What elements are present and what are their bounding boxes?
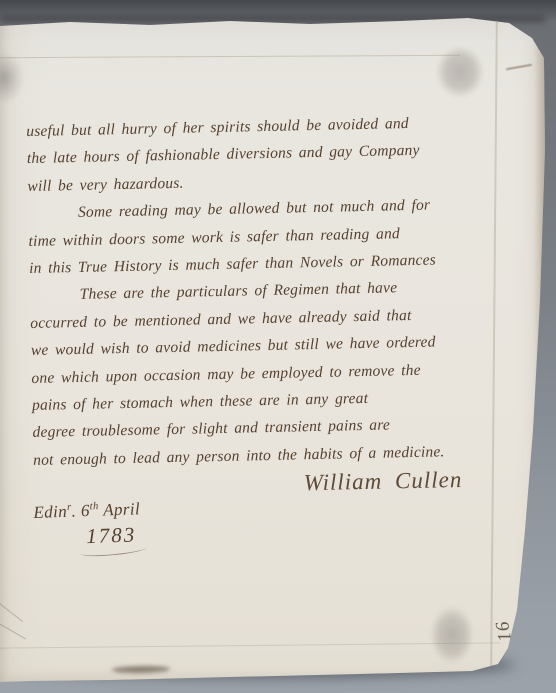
browned-right-edge bbox=[534, 20, 548, 673]
dateline-part: Edin bbox=[33, 502, 67, 522]
letter-text-block: useful but all hurry of her spirits shou… bbox=[26, 108, 496, 509]
letter-page: useful but all hurry of her spirits shou… bbox=[0, 0, 556, 693]
deckled-top-edge bbox=[0, 0, 548, 4]
dateline-block: Edinr. 6th April 1783 bbox=[33, 499, 147, 558]
ink-showthrough-stain-top-right bbox=[436, 46, 484, 98]
dateline-part: . 6 bbox=[71, 501, 90, 521]
signature: William Cullen bbox=[303, 467, 462, 495]
ink-showthrough-stain-bottom-right bbox=[430, 606, 474, 664]
folio-number: 16 bbox=[492, 619, 517, 644]
dateline-part: April bbox=[98, 499, 140, 519]
place-and-date: Edinr. 6th April bbox=[33, 499, 146, 523]
